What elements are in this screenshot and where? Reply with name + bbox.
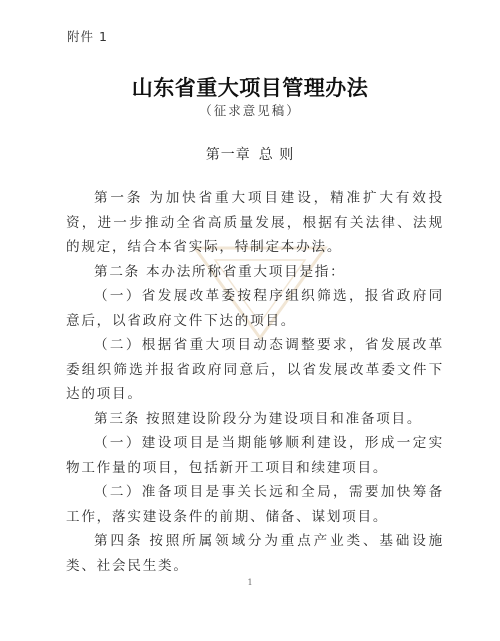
- paragraph-item: （二）准备项目是事关长远和全局，需要加快筹备工作，落实建设条件的前期、储备、谋划…: [66, 480, 444, 529]
- document-title: 山东省重大项目管理办法: [0, 72, 500, 102]
- paragraph-item: （一）省发展改革委按程序组织筛选，报省政府同意后，以省政府文件下达的项目。: [66, 284, 444, 333]
- paragraph-article-1: 第一条为加快省重大项目建设，精准扩大有效投资，进一步推动全省高质量发展，根据有关…: [66, 186, 444, 260]
- paragraph-item: （一）建设项目是当期能够顺利建设，形成一定实物工作量的项目，包括新开工项目和续建…: [66, 431, 444, 480]
- paragraph-article-3: 第三条按照建设阶段分为建设项目和准备项目。: [66, 407, 444, 432]
- paragraph-item: （二）根据省重大项目动态调整要求，省发展改革委组织筛选并报省政府同意后，以省发展…: [66, 333, 444, 407]
- document-body: 第一条为加快省重大项目建设，精准扩大有效投资，进一步推动全省高质量发展，根据有关…: [66, 186, 444, 578]
- document-subtitle: （征求意见稿）: [0, 101, 500, 119]
- attachment-label: 附件 1: [67, 27, 108, 45]
- paragraph-article-4: 第四条按照所属领域分为重点产业类、基础设施类、社会民生类。: [66, 529, 444, 578]
- chapter-name: 总 则: [259, 147, 294, 163]
- page-number: 1: [0, 578, 500, 587]
- chapter-heading: 第一章总 则: [0, 144, 500, 164]
- chapter-number: 第一章: [206, 147, 251, 163]
- paragraph-article-2: 第二条本办法所称省重大项目是指：: [66, 260, 444, 285]
